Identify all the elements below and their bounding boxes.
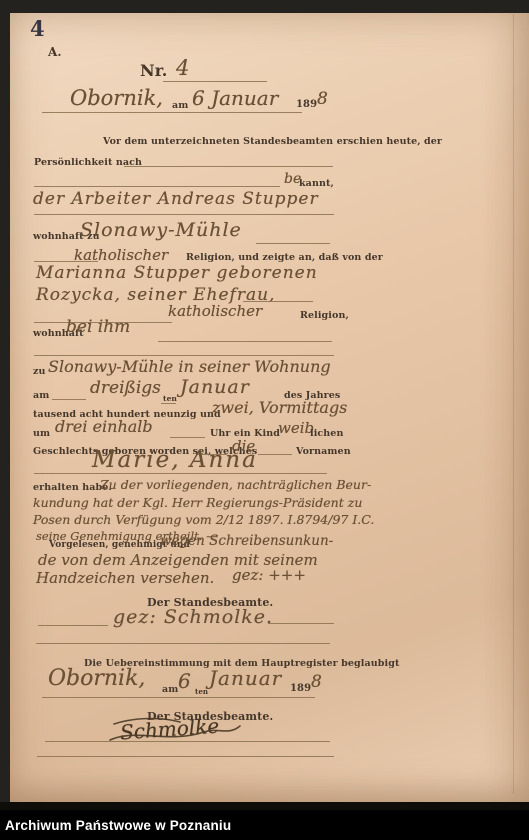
sex-written: weib — [278, 419, 314, 437]
paper-crease — [513, 14, 514, 794]
form-rule — [34, 214, 334, 215]
year-line-written: zwei, Vormittags — [212, 398, 347, 417]
known-printed: kannt, — [299, 178, 334, 189]
nr-value: 4 — [176, 56, 189, 80]
note-line1: Zu der vorliegenden, nachträglichen Beur… — [100, 477, 371, 492]
form-rule — [268, 623, 334, 624]
foot-date-year-written: 8 — [311, 672, 322, 692]
registrar-gez-signature: gez: Schmolke. — [113, 606, 273, 628]
form-rule — [42, 112, 302, 113]
foot-date-place: Obornik, — [48, 666, 145, 691]
birth-time-written: drei einhalb — [55, 417, 153, 436]
foot-ten-label: ten — [195, 687, 208, 696]
form-rule — [161, 403, 176, 404]
residence-written: Slonawy-Mühle — [80, 219, 242, 241]
religion2-written: katholischer — [168, 302, 262, 320]
closing-written1: wegen Schreibensunkun- — [160, 533, 333, 549]
given-names-written: Marie, Anna — [92, 447, 258, 473]
residence2-written: bei ihm — [66, 317, 130, 337]
closing-marks: gez: +++ — [232, 566, 306, 584]
form-rule — [34, 355, 334, 356]
birth-month-written: Januar — [180, 376, 250, 398]
head-date-am-label: am — [172, 100, 188, 111]
birthplace-written: Slonawy-Mühle in seiner Wohnung — [48, 357, 331, 376]
religion2-printed: Religion, — [300, 310, 349, 321]
head-date-place: Obornik, — [70, 86, 163, 110]
form-rule — [163, 81, 267, 82]
form-rule — [36, 643, 330, 644]
vornamen-label: Vornamen — [296, 446, 351, 457]
form-rule — [37, 756, 334, 757]
note-line3: Posen durch Verfügung vom 2/12 1897. I.8… — [33, 512, 374, 527]
note-line2: kundung hat der Kgl. Herr Regierungs-Prä… — [33, 495, 362, 510]
scan-canvas: 4 A. Nr. 4 Obornik, am 6 Januar 189 8 Vo… — [0, 0, 529, 840]
form-rule — [256, 243, 330, 244]
form-rule — [124, 166, 333, 167]
page-number-stamp: 4 — [30, 16, 45, 41]
form-rule — [158, 341, 332, 342]
um-label: um — [33, 428, 50, 439]
foot-date-am-label: am — [162, 684, 178, 695]
form-rule — [34, 473, 327, 474]
am-label: am — [33, 390, 49, 401]
form-rule — [42, 697, 315, 698]
form-rule — [170, 437, 205, 438]
religion1-written: katholischer — [74, 246, 168, 264]
head-date-year-printed: 189 — [296, 99, 317, 110]
nr-label: Nr. — [140, 61, 167, 80]
mother-name-line1: Marianna Stupper geborenen — [36, 263, 318, 283]
head-date-year-written: 8 — [317, 89, 328, 109]
section-letter: A. — [48, 45, 62, 59]
closing-written3: Handzeichen versehen. — [36, 569, 214, 587]
lichen-label: lichen — [310, 428, 343, 439]
form-rule — [258, 454, 292, 455]
religion1-printed: Religion, und zeigte an, daß von der — [186, 252, 383, 263]
form-rule — [45, 741, 330, 742]
form-rule — [38, 625, 108, 626]
archive-label: Archiwum Państwowe w Poznaniu — [0, 818, 231, 833]
intro-line: Vor dem unterzeichneten Standesbeamten e… — [103, 136, 442, 147]
form-rule — [34, 186, 280, 187]
foot-date-month: Januar — [209, 666, 282, 690]
ten-label: ten — [163, 394, 177, 403]
declarant-name: der Arbeiter Andreas Stupper — [33, 189, 319, 209]
foot-date-day: 6 — [178, 669, 191, 693]
scan-background-gap — [0, 802, 529, 810]
form-rule — [52, 399, 86, 400]
head-date-day-month: 6 Januar — [192, 86, 278, 110]
birth-day-written: dreißigs — [90, 378, 161, 398]
zu-label: zu — [33, 366, 46, 377]
archive-bar: Archiwum Państwowe w Poznaniu — [0, 810, 529, 840]
foot-date-year-printed: 189 — [290, 683, 311, 694]
